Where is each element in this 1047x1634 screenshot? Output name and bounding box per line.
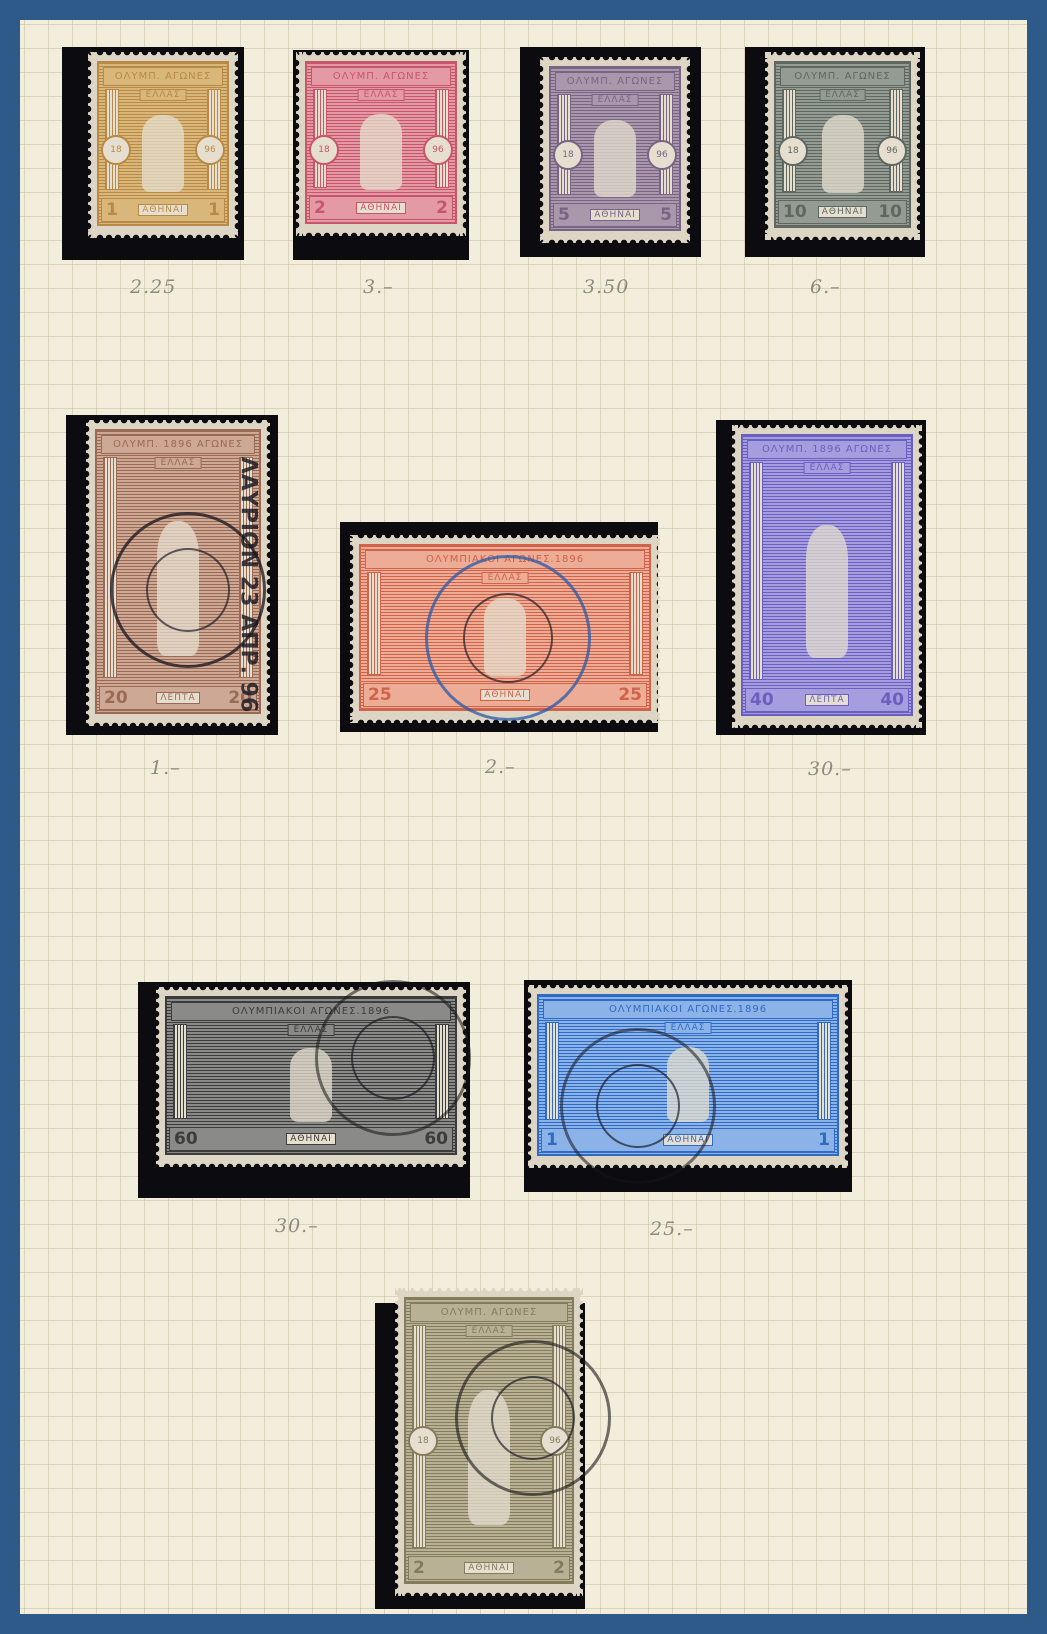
stamp-top-legend: ΟΛΥΜΠ. 1896 ΑΓΩΝΕΣ: [747, 440, 907, 459]
stamp-column-left: [749, 462, 763, 680]
stamp-design: ΟΛΥΜΠ. ΑΓΩΝΕΣΕΛΛΑΣ189610ΑΘΗΝΑΙ10: [774, 61, 911, 228]
stamp-center-label: ΑΘΗΝΑΙ: [286, 1133, 336, 1145]
stamp-column-left: [545, 1022, 559, 1120]
stamp-country: ΕΛΛΑΣ: [592, 94, 639, 106]
stamp-medal-left: 18: [309, 135, 339, 165]
stamp-top-legend: ΟΛΥΜΠΙΑΚΟΙ ΑΓΩΝΕΣ.1896: [543, 1000, 833, 1019]
stamp-medal-left: 18: [101, 135, 131, 165]
album-page: ΟΛΥΜΠ. ΑΓΩΝΕΣΕΛΛΑΣ18961ΑΘΗΝΑΙ1 2.25 ΟΛΥΜ…: [20, 20, 1027, 1614]
stamp-column-right: [817, 1022, 831, 1120]
stamp-vignette: [594, 120, 636, 197]
stamp-column-right: [239, 457, 253, 678]
stamp-design: ΟΛΥΜΠ. 1896 ΑΓΩΝΕΣΕΛΛΑΣ40ΛΕΠΤΑ40: [741, 434, 913, 716]
stamp-country: ΕΛΛΑΣ: [358, 89, 405, 101]
stamp-medal-left: 18: [408, 1426, 438, 1456]
price-annotation: 2.–: [485, 756, 516, 778]
price-annotation: 6.–: [810, 276, 841, 298]
stamp-country: ΕΛΛΑΣ: [155, 457, 202, 469]
stamp-value-right: 1: [208, 200, 220, 220]
stamp-5l-discus[interactable]: ΟΛΥΜΠ. ΑΓΩΝΕΣΕΛΛΑΣ18965ΑΘΗΝΑΙ5: [540, 57, 690, 243]
stamp-design: ΟΛΥΜΠΙΑΚΟΙ ΑΓΩΝΕΣ.1896ΕΛΛΑΣ1ΑΘΗΝΑΙ1: [537, 994, 839, 1156]
stamp-country: ΕΛΛΑΣ: [665, 1022, 712, 1034]
stamp-20l-vase[interactable]: ΟΛΥΜΠ. 1896 ΑΓΩΝΕΣΕΛΛΑΣ20ΛΕΠΤΑ20: [86, 420, 270, 726]
stamp-top-legend: ΟΛΥΜΠ. ΑΓΩΝΕΣ: [410, 1303, 568, 1322]
stamp-design: ΟΛΥΜΠ. ΑΓΩΝΕΣΕΛΛΑΣ18962ΑΘΗΝΑΙ2: [404, 1297, 574, 1584]
stamp-value-left: 10: [783, 202, 807, 222]
stamp-top-legend: ΟΛΥΜΠ. ΑΓΩΝΕΣ: [103, 67, 223, 86]
stamp-value-band: 10ΑΘΗΝΑΙ10: [778, 200, 907, 224]
stamp-country: ΕΛΛΑΣ: [804, 462, 851, 474]
price-annotation: 30.–: [808, 758, 852, 780]
stamp-column-left: [367, 572, 381, 675]
stamp-vignette: [360, 114, 402, 190]
stamp-25l-chariot[interactable]: ΟΛΥΜΠΙΑΚΟΙ ΑΓΩΝΕΣ.1896ΕΛΛΑΣ25ΑΘΗΝΑΙ25: [350, 535, 660, 723]
stamp-value-left: 60: [174, 1129, 198, 1149]
stamp-value-left: 1: [546, 1130, 558, 1150]
stamp-center-label: ΑΘΗΝΑΙ: [356, 202, 406, 214]
stamp-country: ΕΛΛΑΣ: [819, 89, 866, 101]
stamp-center-label: ΑΘΗΝΑΙ: [138, 204, 188, 216]
stamp-medal-left: 18: [778, 136, 808, 166]
stamp-value-left: 2: [314, 198, 326, 218]
stamp-value-left: 25: [368, 685, 392, 705]
stamp-value-band: 1ΑΘΗΝΑΙ1: [101, 198, 225, 222]
stamp-value-right: 25: [618, 685, 642, 705]
stamp-center-label: ΑΘΗΝΑΙ: [480, 689, 530, 701]
stamp-center-label: ΛΕΠΤΑ: [805, 694, 848, 706]
stamp-medal-left: 18: [553, 140, 583, 170]
stamp-center-label: ΑΘΗΝΑΙ: [464, 1562, 514, 1574]
stamp-center-label: ΛΕΠΤΑ: [156, 692, 199, 704]
stamp-column-left: [173, 1024, 187, 1119]
price-annotation: 2.25: [130, 276, 176, 298]
stamp-column-right: [629, 572, 643, 675]
stamp-vignette: [468, 1390, 510, 1526]
stamp-value-band: 20ΛΕΠΤΑ20: [99, 686, 257, 710]
stamp-top-legend: ΟΛΥΜΠ. ΑΓΩΝΕΣ: [555, 72, 675, 91]
stamp-value-band: 40ΛΕΠΤΑ40: [745, 688, 909, 712]
stamp-center-label: ΑΘΗΝΑΙ: [818, 206, 868, 218]
stamp-2l-wrestlers[interactable]: ΟΛΥΜΠ. ΑΓΩΝΕΣΕΛΛΑΣ18962ΑΘΗΝΑΙ2: [296, 52, 466, 236]
stamp-value-right: 1: [818, 1130, 830, 1150]
stamp-column-right: [891, 462, 905, 680]
stamp-design: ΟΛΥΜΠ. ΑΓΩΝΕΣΕΛΛΑΣ18962ΑΘΗΝΑΙ2: [305, 61, 457, 224]
stamp-value-left: 40: [750, 690, 774, 710]
stamp-top-legend: ΟΛΥΜΠΙΑΚΟΙ ΑΓΩΝΕΣ.1896: [365, 550, 645, 569]
stamp-country: ΕΛΛΑΣ: [288, 1024, 335, 1036]
stamp-design: ΟΛΥΜΠΙΑΚΟΙ ΑΓΩΝΕΣ.1896ΕΛΛΑΣ25ΑΘΗΝΑΙ25: [359, 544, 651, 711]
stamp-medal-right: 96: [423, 135, 453, 165]
stamp-value-band: 25ΑΘΗΝΑΙ25: [363, 683, 647, 707]
stamp-2dr-hermes[interactable]: ΟΛΥΜΠ. ΑΓΩΝΕΣΕΛΛΑΣ18962ΑΘΗΝΑΙ2: [395, 1288, 583, 1596]
stamp-column-left: [103, 457, 117, 678]
stamp-vignette: [290, 1048, 332, 1122]
price-annotation: 25.–: [650, 1218, 694, 1240]
stamp-40l-vase[interactable]: ΟΛΥΜΠ. 1896 ΑΓΩΝΕΣΕΛΛΑΣ40ΛΕΠΤΑ40: [732, 425, 922, 728]
stamp-top-legend: ΟΛΥΜΠ. ΑΓΩΝΕΣ: [780, 67, 905, 86]
stamp-vignette: [667, 1047, 709, 1123]
price-annotation: 3.50: [583, 276, 629, 298]
stamp-vignette: [806, 525, 848, 658]
stamp-center-label: ΑΘΗΝΑΙ: [663, 1134, 713, 1146]
stamp-value-band: 2ΑΘΗΝΑΙ2: [309, 196, 453, 220]
price-annotation: 3.–: [363, 276, 394, 298]
stamp-value-right: 10: [878, 202, 902, 222]
price-annotation: 1.–: [150, 757, 181, 779]
stamp-value-band: 2ΑΘΗΝΑΙ2: [408, 1556, 570, 1580]
stamp-value-left: 20: [104, 688, 128, 708]
stamp-value-right: 2: [436, 198, 448, 218]
stamp-vignette: [484, 598, 526, 676]
stamp-value-band: 1ΑΘΗΝΑΙ1: [541, 1128, 835, 1152]
stamp-vignette: [157, 521, 199, 656]
stamp-value-band: 5ΑΘΗΝΑΙ5: [553, 203, 677, 227]
stamp-value-left: 2: [413, 1558, 425, 1578]
stamp-1l-wrestlers[interactable]: ΟΛΥΜΠ. ΑΓΩΝΕΣΕΛΛΑΣ18961ΑΘΗΝΑΙ1: [88, 52, 238, 238]
stamp-value-left: 1: [106, 200, 118, 220]
stamp-10l-discus[interactable]: ΟΛΥΜΠ. ΑΓΩΝΕΣΕΛΛΑΣ189610ΑΘΗΝΑΙ10: [765, 52, 920, 240]
stamp-value-band: 60ΑΘΗΝΑΙ60: [169, 1127, 453, 1151]
stamp-design: ΟΛΥΜΠ. ΑΓΩΝΕΣΕΛΛΑΣ18961ΑΘΗΝΑΙ1: [97, 61, 229, 226]
stamp-design: ΟΛΥΜΠΙΑΚΟΙ ΑΓΩΝΕΣ.1896ΕΛΛΑΣ60ΑΘΗΝΑΙ60: [165, 996, 457, 1155]
stamp-country: ΕΛΛΑΣ: [466, 1325, 513, 1337]
stamp-country: ΕΛΛΑΣ: [482, 572, 529, 584]
stamp-column-right: [435, 1024, 449, 1119]
stamp-top-legend: ΟΛΥΜΠ. 1896 ΑΓΩΝΕΣ: [101, 435, 255, 454]
stamp-value-left: 5: [558, 205, 570, 225]
stamp-value-right: 40: [880, 690, 904, 710]
price-annotation: 30.–: [275, 1215, 319, 1237]
stamp-value-right: 60: [424, 1129, 448, 1149]
stamp-country: ΕΛΛΑΣ: [140, 89, 187, 101]
stamp-value-right: 20: [228, 688, 252, 708]
stamp-center-label: ΑΘΗΝΑΙ: [590, 209, 640, 221]
stamp-value-right: 5: [660, 205, 672, 225]
stamp-top-legend: ΟΛΥΜΠΙΑΚΟΙ ΑΓΩΝΕΣ.1896: [171, 1002, 451, 1021]
stamp-top-legend: ΟΛΥΜΠ. ΑΓΩΝΕΣ: [311, 67, 451, 86]
stamp-vignette: [822, 115, 864, 193]
stamp-vignette: [142, 115, 184, 192]
stamp-design: ΟΛΥΜΠ. ΑΓΩΝΕΣΕΛΛΑΣ18965ΑΘΗΝΑΙ5: [549, 66, 681, 231]
stamp-value-right: 2: [553, 1558, 565, 1578]
stamp-60l-chariot[interactable]: ΟΛΥΜΠΙΑΚΟΙ ΑΓΩΝΕΣ.1896ΕΛΛΑΣ60ΑΘΗΝΑΙ60: [156, 987, 466, 1167]
stamp-1dr-stadium[interactable]: ΟΛΥΜΠΙΑΚΟΙ ΑΓΩΝΕΣ.1896ΕΛΛΑΣ1ΑΘΗΝΑΙ1: [528, 985, 848, 1168]
stamp-design: ΟΛΥΜΠ. 1896 ΑΓΩΝΕΣΕΛΛΑΣ20ΛΕΠΤΑ20: [95, 429, 261, 714]
